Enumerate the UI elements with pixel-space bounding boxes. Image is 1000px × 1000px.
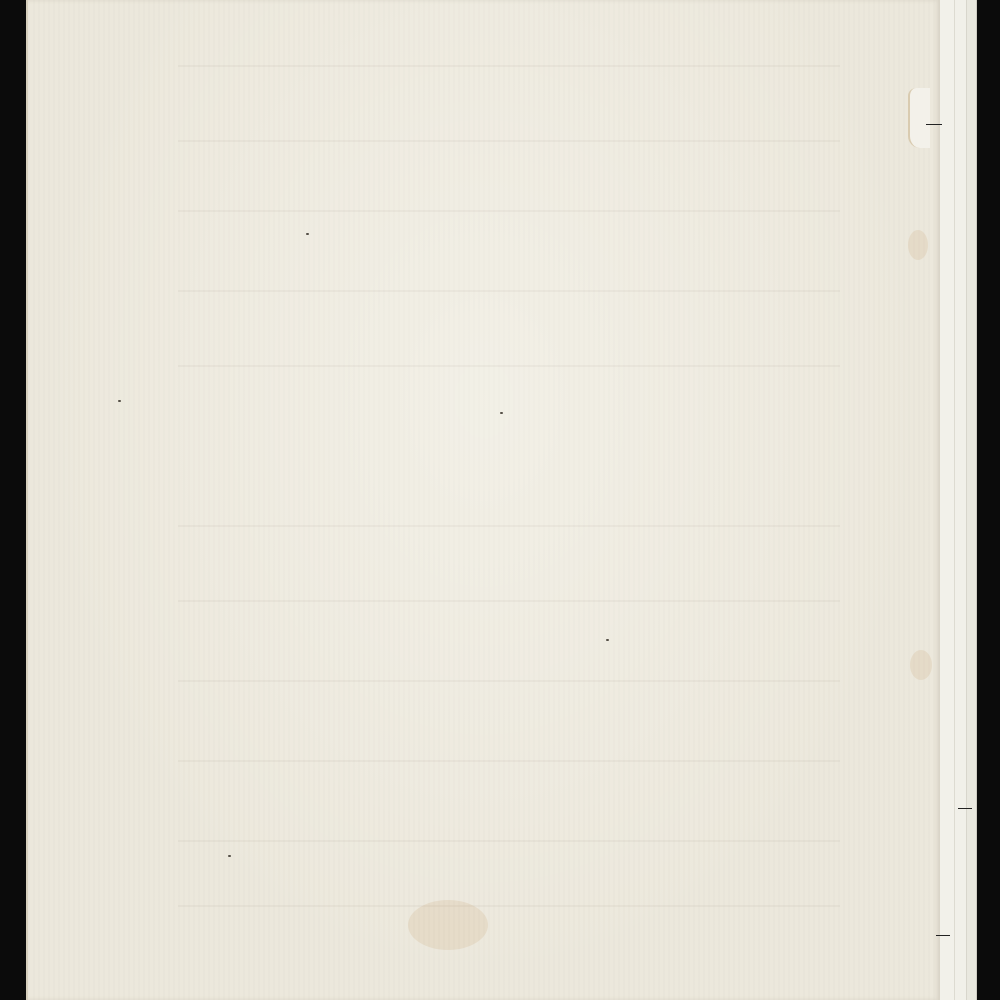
- paper-speck: [118, 400, 121, 402]
- show-through-line: [178, 140, 840, 142]
- show-through-line: [178, 210, 840, 212]
- paper-speck: [306, 233, 309, 235]
- torn-edge: [908, 88, 930, 148]
- show-through-line: [178, 525, 840, 527]
- paper-stain: [408, 900, 488, 950]
- paper-speck: [606, 639, 609, 641]
- show-through-line: [178, 65, 840, 67]
- paper-page: [26, 0, 940, 1000]
- edge-mark: [936, 935, 950, 936]
- show-through-line: [178, 760, 840, 762]
- show-through-line: [178, 600, 840, 602]
- show-through-line: [178, 905, 840, 907]
- show-through-line: [178, 365, 840, 367]
- paper-speck: [228, 855, 231, 857]
- paper-speck: [500, 412, 503, 414]
- show-through-line: [178, 840, 840, 842]
- show-through-line: [178, 290, 840, 292]
- edge-mark: [958, 808, 972, 809]
- show-through-line: [178, 680, 840, 682]
- paper-stain: [910, 650, 932, 680]
- edge-mark: [926, 124, 942, 125]
- paper-stain: [908, 230, 928, 260]
